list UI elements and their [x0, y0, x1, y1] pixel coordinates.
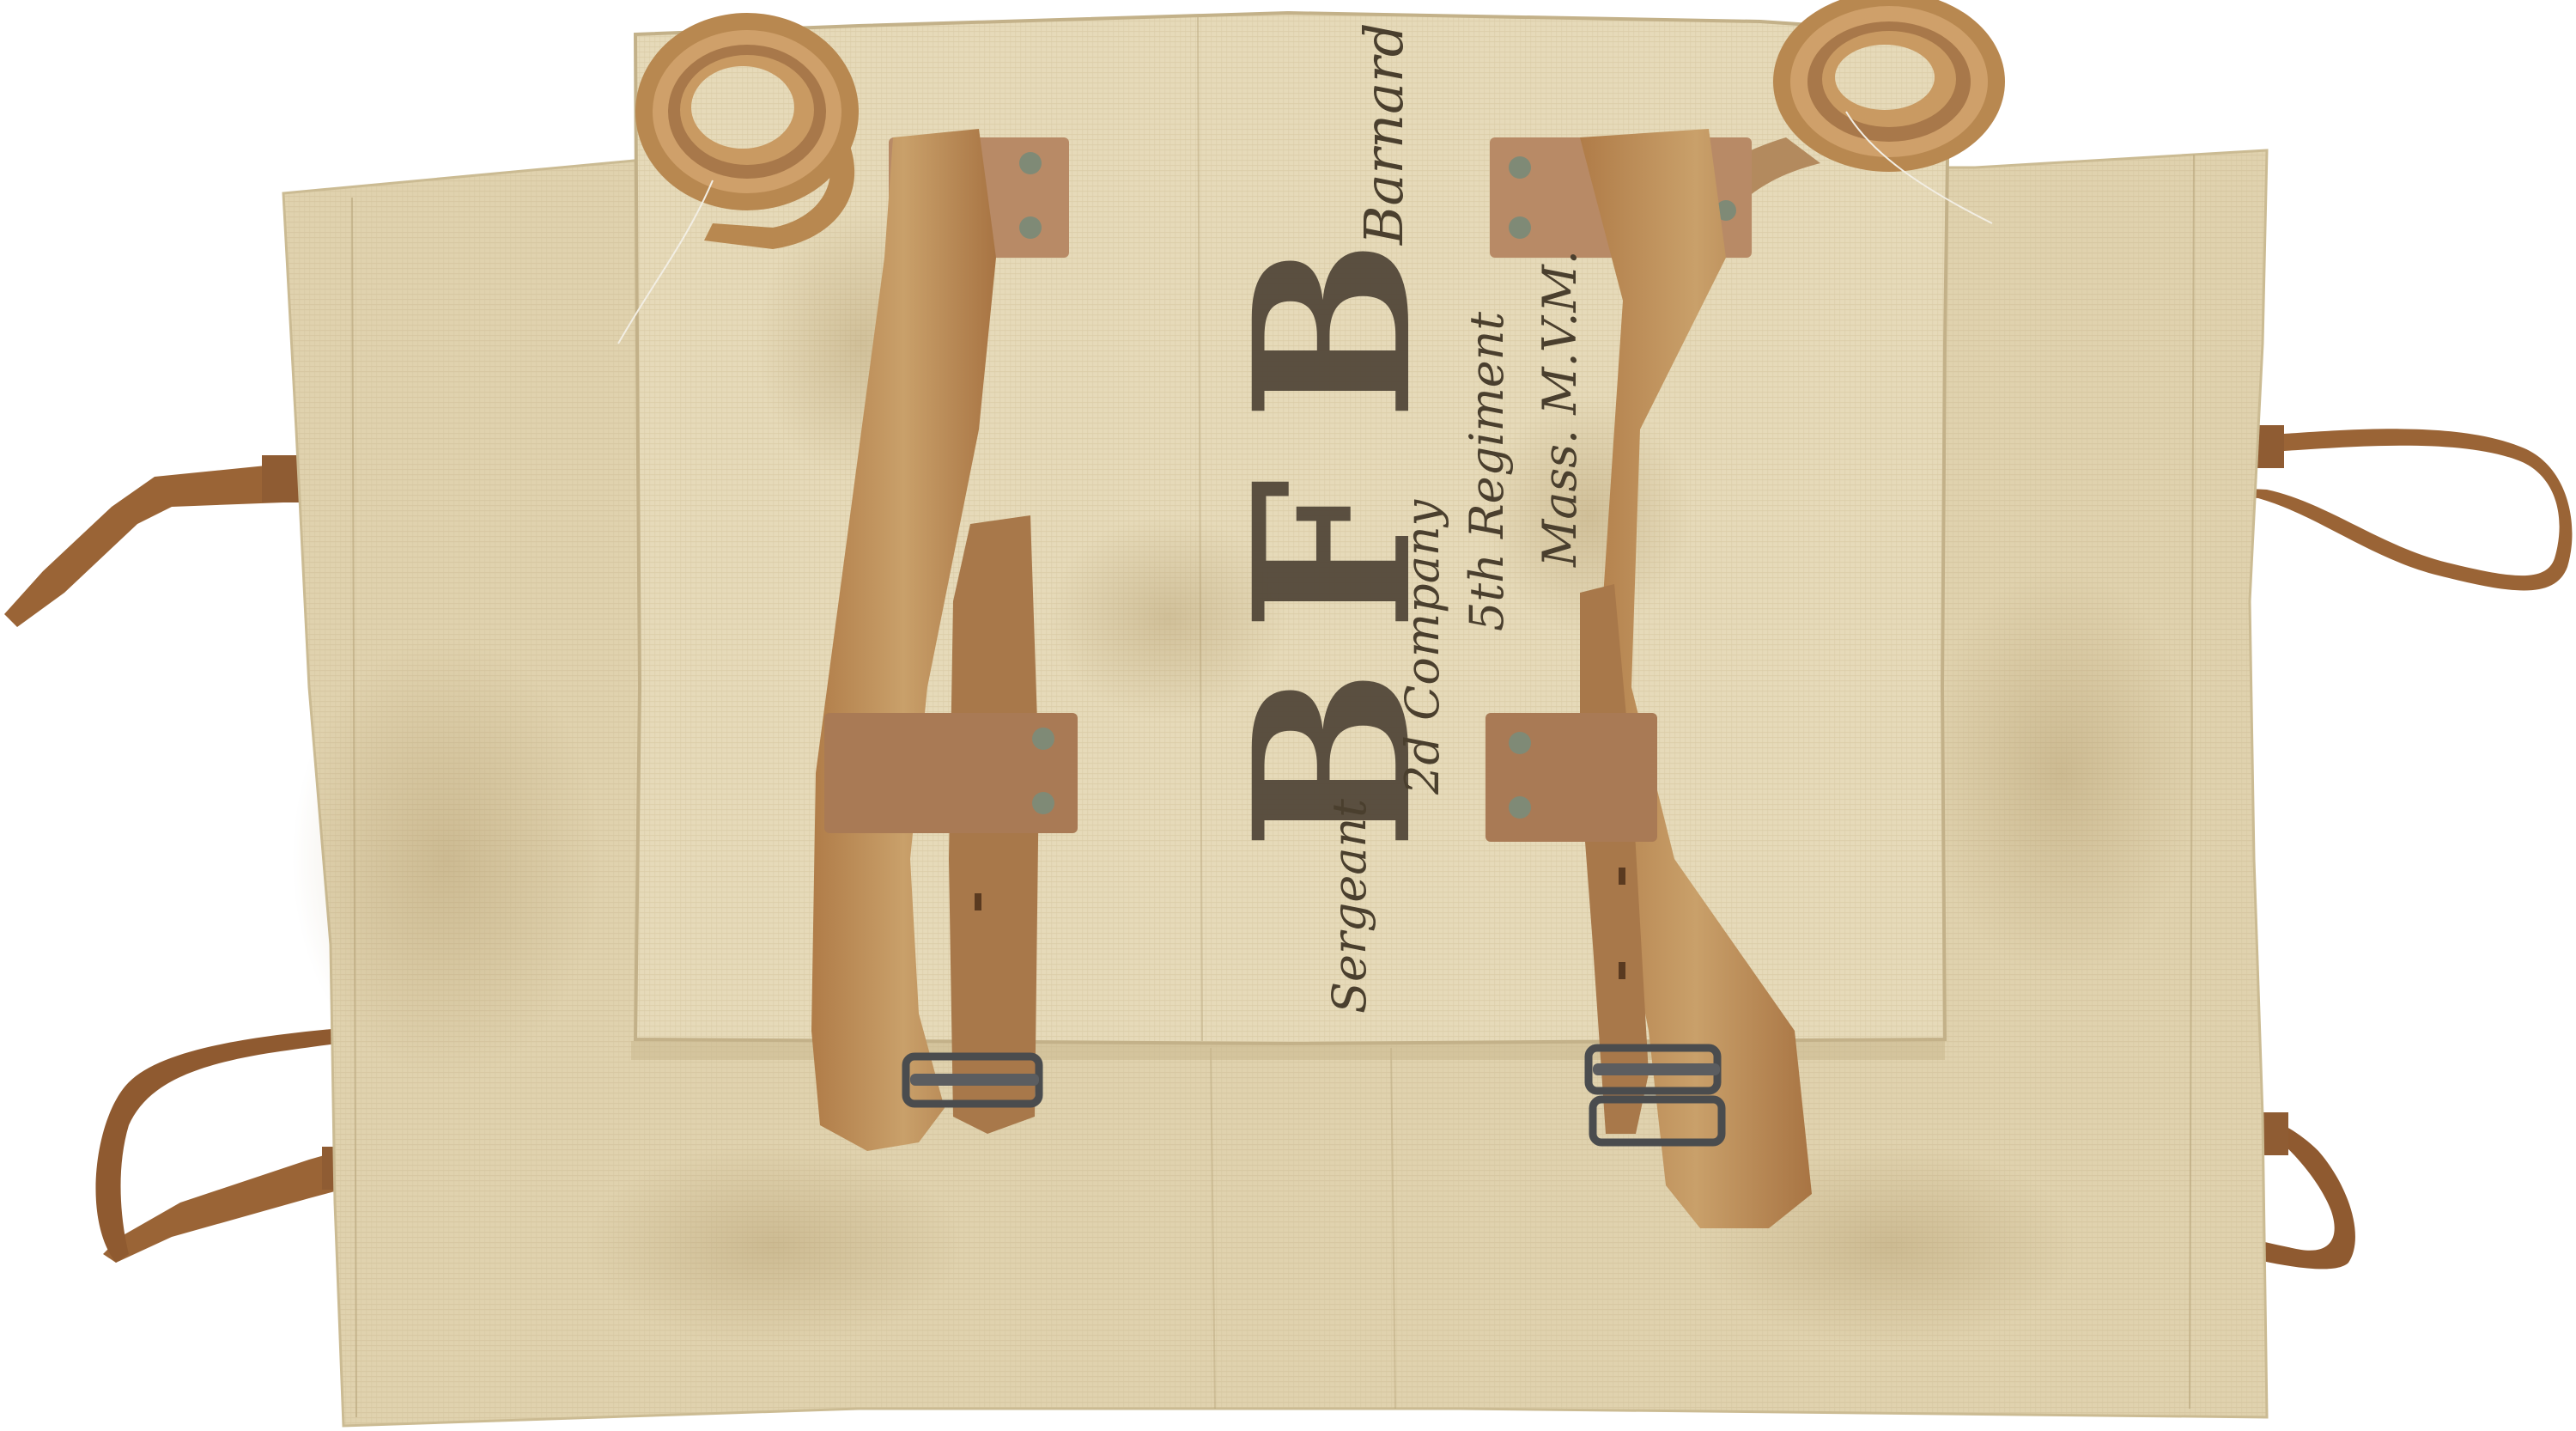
- inscription-company: 2d Company: [1395, 500, 1449, 795]
- mid-right-anchor-tab: [1485, 713, 1657, 842]
- inscription-rank: Sergeant: [1322, 799, 1376, 1014]
- knapsack-photo: B F B Barnard Sergeant 2d Company 5th Re…: [0, 0, 2576, 1431]
- mid-left-anchor-tab: [824, 713, 1078, 833]
- inscription-unit: Mass. M.V.M.: [1533, 250, 1587, 567]
- left-upper-tie: [4, 455, 318, 627]
- inscription-surname: Barnard: [1352, 23, 1415, 245]
- inscription-regiment: 5th Regiment: [1460, 312, 1514, 631]
- stencil-letter-b-top: B: [1206, 240, 1459, 421]
